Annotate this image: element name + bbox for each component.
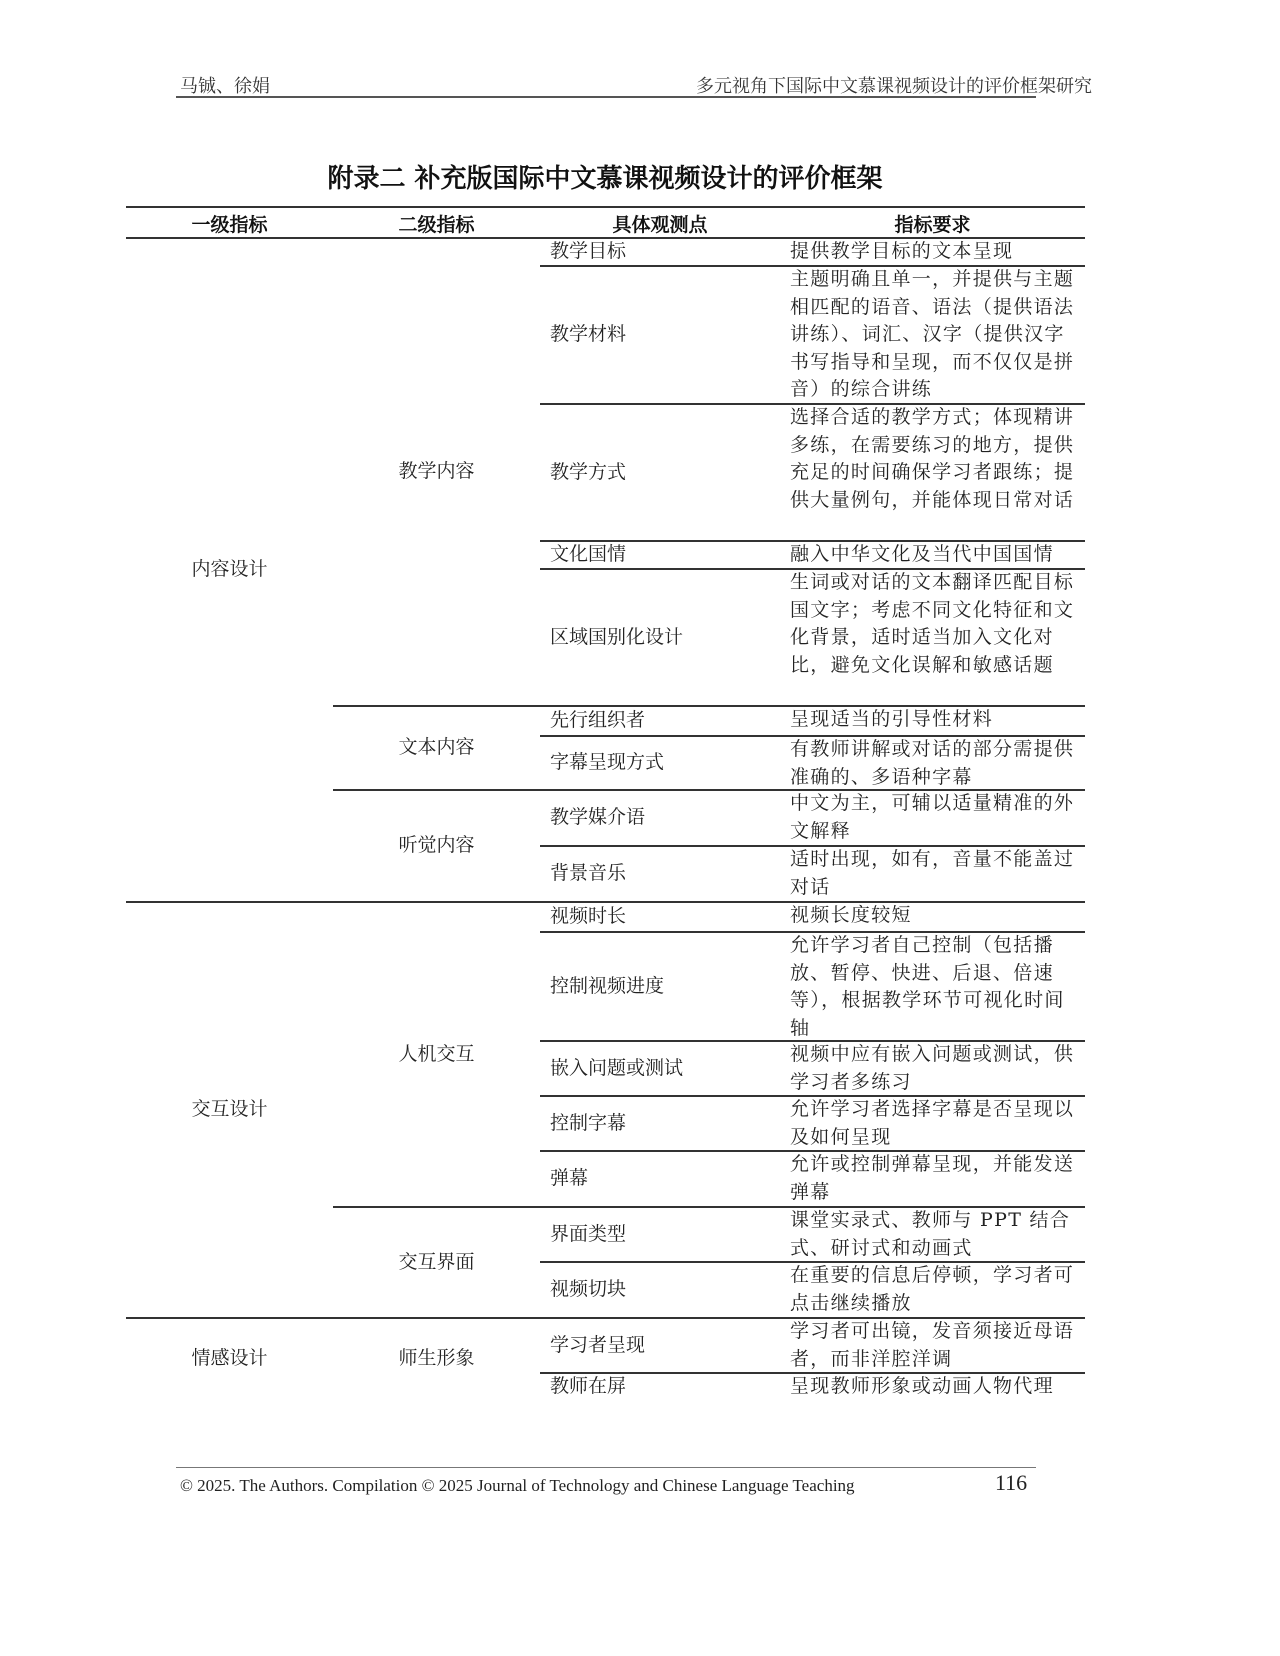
observation-point: 教学材料 <box>550 266 780 404</box>
indicator-requirement: 允许或控制弹幕呈现，并能发送弹幕 <box>790 1151 1082 1207</box>
indicator-requirement: 允许学习者自己控制（包括播放、暂停、快进、后退、倍速等），根据教学环节可视化时间… <box>790 932 1082 1041</box>
observation-point: 视频时长 <box>550 902 780 932</box>
indicator-requirement: 允许学习者选择字幕是否呈现以及如何呈现 <box>790 1096 1082 1151</box>
row-divider <box>540 265 1085 267</box>
indicator-requirement: 主题明确且单一，并提供与主题相匹配的语音、语法（提供语法讲练）、词汇、汉字（提供… <box>790 266 1082 404</box>
header-divider <box>176 96 1036 98</box>
indicator-requirement: 提供教学目标的文本呈现 <box>790 238 1082 266</box>
indicator-requirement: 融入中华文化及当代中国国情 <box>790 541 1082 569</box>
indicator-requirement: 视频长度较短 <box>790 902 1082 932</box>
observation-point: 视频切块 <box>550 1262 780 1318</box>
row-divider <box>540 1150 1085 1152</box>
appendix-title: 附录二 补充版国际中文慕课视频设计的评价框架 <box>0 158 1210 195</box>
column-header-level1: 一级指标 <box>126 210 333 237</box>
level2-indicator: 文本内容 <box>333 706 540 790</box>
indicator-requirement: 呈现教师形象或动画人物代理 <box>790 1373 1082 1400</box>
row-divider <box>540 845 1085 847</box>
observation-point: 教学媒介语 <box>550 790 780 846</box>
observation-point: 界面类型 <box>550 1207 780 1262</box>
observation-point: 嵌入问题或测试 <box>550 1041 780 1096</box>
level2-indicator: 听觉内容 <box>333 790 540 902</box>
running-header-authors: 马铖、徐娟 <box>180 72 270 98</box>
indicator-requirement: 在重要的信息后停顿，学习者可点击继续播放 <box>790 1262 1082 1318</box>
row-divider <box>540 931 1085 933</box>
observation-point: 弹幕 <box>550 1151 780 1207</box>
row-divider <box>540 735 1085 737</box>
observation-point: 控制视频进度 <box>550 932 780 1041</box>
table-top-rule <box>126 206 1085 208</box>
running-header-title: 多元视角下国际中文慕课视频设计的评价框架研究 <box>696 72 1092 98</box>
footer-copyright: © 2025. The Authors. Compilation © 2025 … <box>180 1476 855 1496</box>
observation-point: 控制字幕 <box>550 1096 780 1151</box>
observation-point: 教学方式 <box>550 404 780 541</box>
row-divider <box>540 1040 1085 1042</box>
row-divider <box>540 540 1085 542</box>
row-divider <box>540 568 1085 570</box>
row-divider <box>540 1095 1085 1097</box>
observation-point: 字幕呈现方式 <box>550 736 780 790</box>
level2-indicator: 人机交互 <box>333 902 540 1207</box>
level1-indicator: 情感设计 <box>126 1318 333 1400</box>
indicator-requirement: 课堂实录式、教师与 PPT 结合式、研讨式和动画式 <box>790 1207 1082 1262</box>
observation-point: 区域国别化设计 <box>550 569 780 706</box>
observation-point: 教师在屏 <box>550 1373 780 1400</box>
level2-indicator: 师生形象 <box>333 1318 540 1400</box>
indicator-requirement: 适时出现，如有，音量不能盖过对话 <box>790 846 1082 902</box>
footer-divider <box>176 1467 1036 1468</box>
column-header-observation-point: 具体观测点 <box>540 210 780 237</box>
indicator-requirement: 中文为主，可辅以适量精准的外文解释 <box>790 790 1082 846</box>
observation-point: 文化国情 <box>550 541 780 569</box>
indicator-requirement: 生词或对话的文本翻译匹配目标国文字；考虑不同文化特征和文化背景，适时适当加入文化… <box>790 569 1082 706</box>
level2-indicator: 教学内容 <box>333 238 540 706</box>
level2-indicator: 交互界面 <box>333 1207 540 1318</box>
page-number: 116 <box>995 1470 1027 1496</box>
observation-point: 教学目标 <box>550 238 780 266</box>
column-header-requirement: 指标要求 <box>780 210 1085 237</box>
row-divider <box>540 1372 1085 1374</box>
indicator-requirement: 视频中应有嵌入问题或测试，供学习者多练习 <box>790 1041 1082 1096</box>
row-divider <box>540 1261 1085 1263</box>
level1-indicator: 内容设计 <box>126 238 333 902</box>
indicator-requirement: 呈现适当的引导性材料 <box>790 706 1082 736</box>
row-divider <box>540 403 1085 405</box>
observation-point: 学习者呈现 <box>550 1318 780 1373</box>
indicator-requirement: 有教师讲解或对话的部分需提供准确的、多语种字幕 <box>790 736 1082 790</box>
indicator-requirement: 选择合适的教学方式；体现精讲多练，在需要练习的地方，提供充足的时间确保学习者跟练… <box>790 404 1082 541</box>
level1-indicator: 交互设计 <box>126 902 333 1318</box>
observation-point: 背景音乐 <box>550 846 780 902</box>
observation-point: 先行组织者 <box>550 706 780 736</box>
column-header-level2: 二级指标 <box>333 210 540 237</box>
indicator-requirement: 学习者可出镜，发音须接近母语者，而非洋腔洋调 <box>790 1318 1082 1373</box>
